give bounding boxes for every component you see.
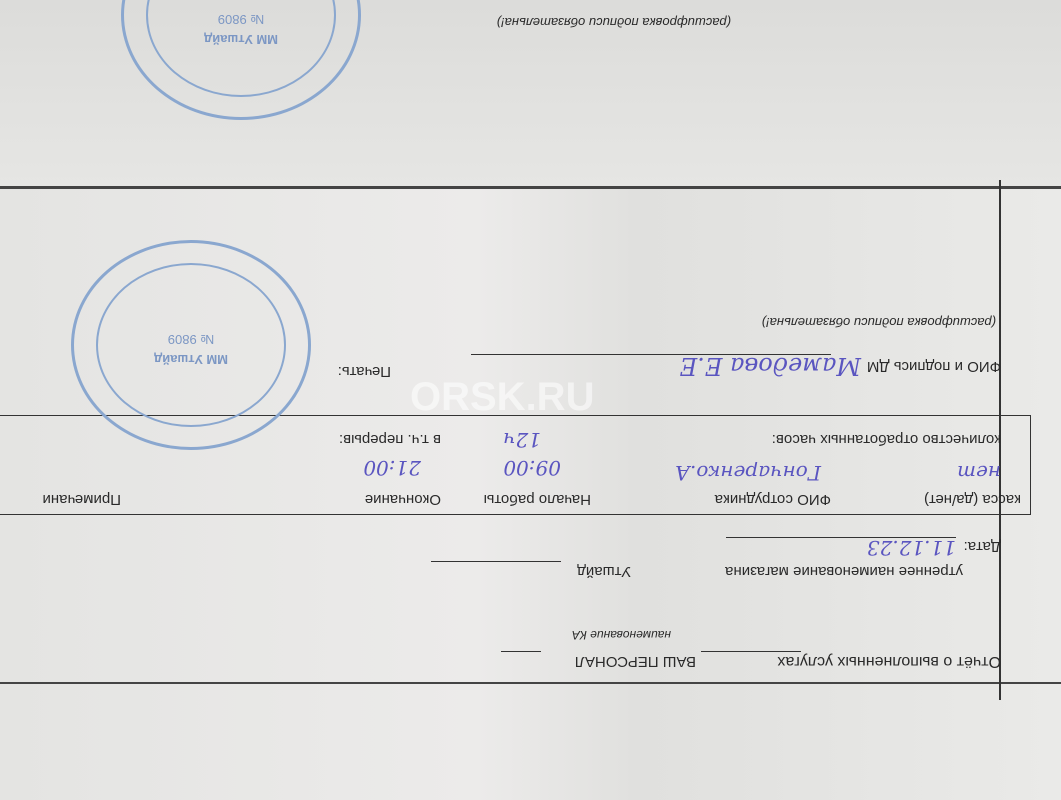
date-label: Дата: [964,538,1001,555]
break-label: в т.ч. перерыв: [339,431,441,448]
store-value: Утшайд [577,563,631,580]
cell-start: 09:00 [503,456,561,480]
header-cash: касса (да/нет) [924,491,1021,508]
stamp-line1: ММ Утшайд [124,32,358,47]
header-start: Начало работы [484,491,591,508]
signature-caption: (расшифровка подписи обязательна!) [762,315,996,330]
report-title: Отчёт о выполненных услугах [777,652,1001,670]
header-note: Примечани [43,491,121,508]
company-caption: наименование КА [572,628,671,642]
cell-cash: нет [957,461,1001,485]
footer-caption: (расшифровка подписи обязательна!) [497,15,731,30]
stamp-label: Печать: [338,363,391,380]
hours-label: количество отработанных часов: [772,431,1001,448]
cell-end: 21:00 [363,456,421,480]
cell-employee: Гончаренко.А [675,461,821,485]
signature-label: ФИО и подпись ДМ [867,358,1001,375]
company-name: ВАШ ПЕРСОНАЛ [575,653,696,670]
blank-line [431,561,561,562]
watermark: ORSK.RU [410,375,594,420]
company-stamp: ММ Утшайд № 9809 [71,240,311,450]
stamp-line2: № 9809 [124,12,358,27]
blank-line [726,537,956,538]
blank-line [501,651,541,652]
header-employee: ФИО сотрудника [715,491,831,508]
header-end: Окончание [365,491,441,508]
company-stamp-lower: ММ Утшайд № 9809 [121,0,361,120]
store-label: утреннее наименование магазина [725,563,963,580]
hours-value: 12ч [503,428,541,452]
stamp-line2: № 9809 [74,332,308,347]
date-value: 11.12.23 [867,536,956,560]
blank-line [701,651,801,652]
signature-line [471,354,831,355]
signature-value: Мамедова Е.Е [680,352,861,380]
stamp-line1: ММ Утшайд [74,352,308,367]
